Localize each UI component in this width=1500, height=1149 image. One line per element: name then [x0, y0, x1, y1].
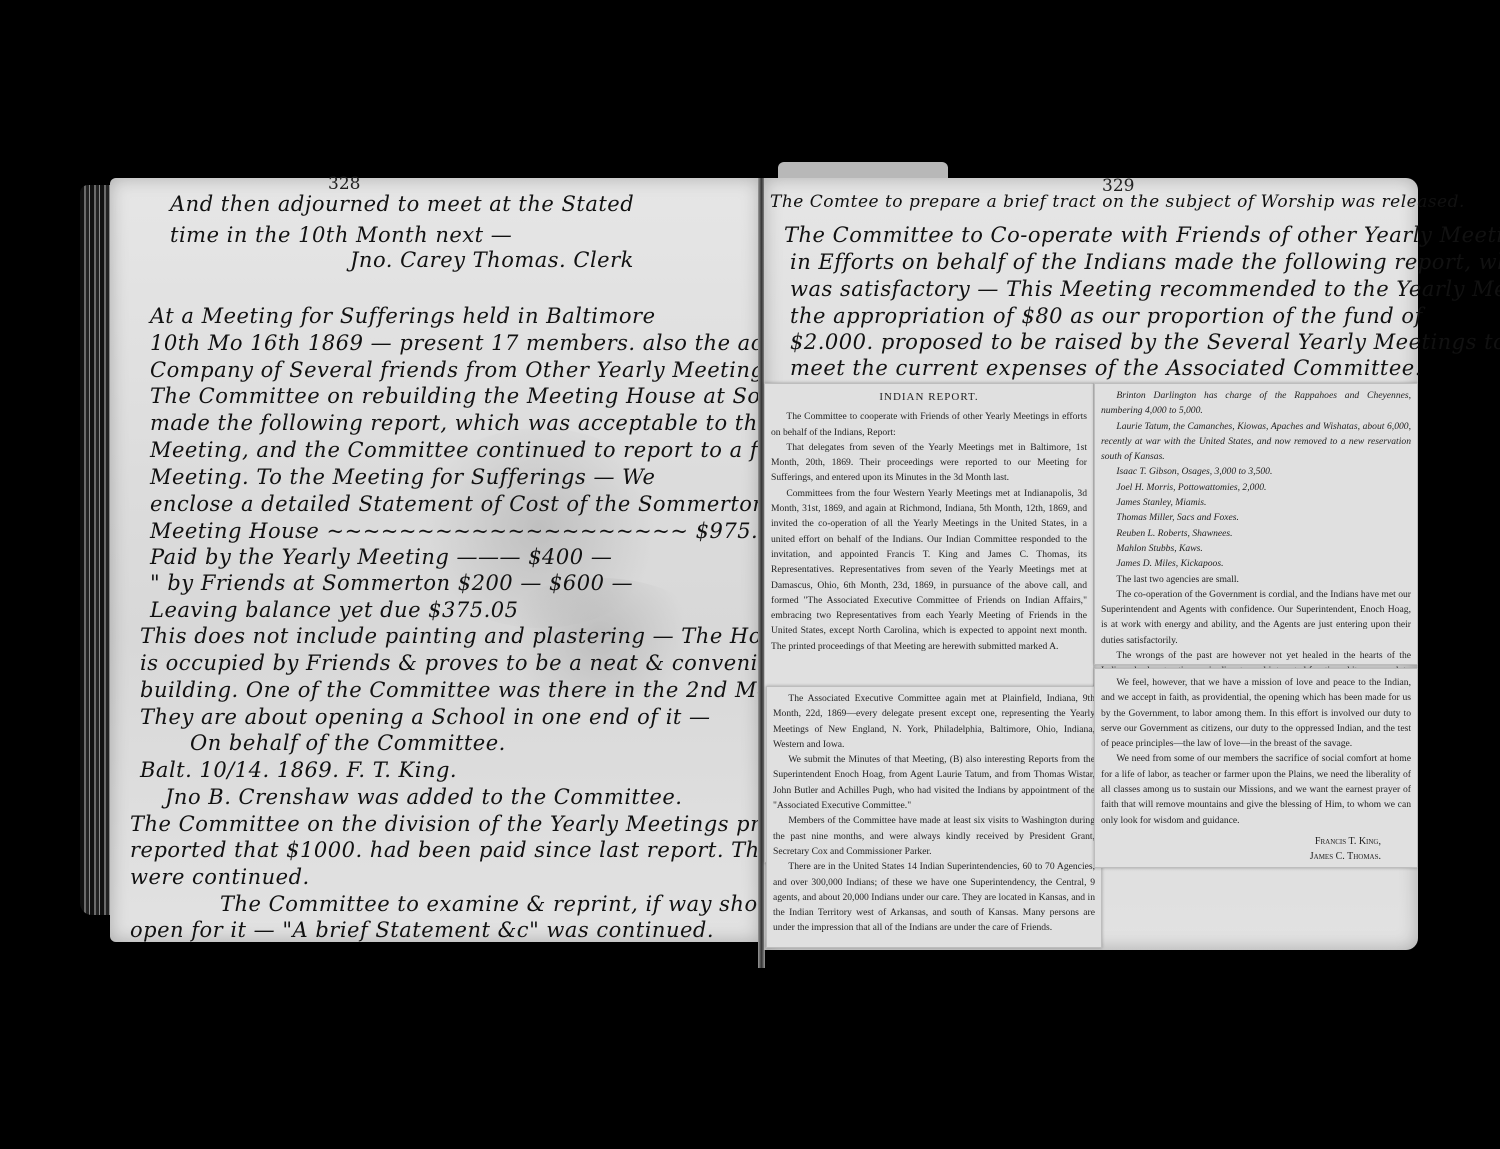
- handwritten-line: This does not include painting and plast…: [140, 624, 800, 648]
- agent-name: Isaac T. Gibson: [1116, 466, 1176, 477]
- handwritten-line: Meeting. To the Meeting for Sufferings —…: [150, 465, 655, 489]
- handwritten-line: were continued.: [130, 865, 310, 889]
- clipping-paragraph: We feel, however, that we have a mission…: [1101, 675, 1411, 751]
- handwritten-line: On behalf of the Committee.: [190, 731, 506, 755]
- handwritten-line: Paid by the Yearly Meeting ——— $400 —: [150, 545, 612, 569]
- handwritten-line: reported that $1000. had been paid since…: [130, 838, 785, 862]
- clipping-paragraph: There are in the United States 14 Indian…: [773, 859, 1095, 935]
- agent-name: James D. Miles: [1116, 558, 1175, 569]
- clipping-paragraph: Members of the Committee have made at le…: [773, 813, 1095, 859]
- clipping-title: INDIAN REPORT.: [771, 390, 1087, 405]
- handwritten-line: Leaving balance yet due $375.05: [150, 598, 519, 622]
- handwritten-line: building. One of the Committee was there…: [140, 678, 814, 702]
- clipping-paragraph: We need from some of our members the sac…: [1101, 751, 1411, 827]
- clipping-paragraph: That delegates from seven of the Yearly …: [771, 440, 1087, 486]
- agent-name: Brinton Darlington: [1116, 390, 1196, 401]
- agent-text: , Pottowattomies, 2,000.: [1173, 482, 1266, 493]
- right-ledger-page: 329 INDIAN REPORT. The Committee to coop…: [764, 178, 1418, 950]
- handwritten-line: enclose a detailed Statement of Cost of …: [150, 492, 766, 516]
- clipping-paragraph: The Committee to cooperate with Friends …: [771, 409, 1087, 440]
- agent-text: , Sacs and Foxes.: [1172, 512, 1239, 523]
- handwritten-line: The Committee on the division of the Yea…: [130, 812, 833, 836]
- clipping-paragraph: We submit the Minutes of that Meeting, (…: [773, 752, 1095, 813]
- handwritten-line: Meeting House ~~~~~~~~~~~~~~~~~~~~ $975.…: [150, 519, 786, 543]
- clipping-paragraph: The co-operation of the Government is co…: [1101, 587, 1411, 648]
- agent-text: , Osages, 3,000 to 3,500.: [1177, 466, 1273, 477]
- handwritten-line: Balt. 10/14. 1869. F. T. King.: [140, 758, 457, 782]
- handwritten-line: Jno. Carey Thomas. Clerk: [350, 248, 634, 272]
- handwritten-line: meet the current expenses of the Associa…: [790, 356, 1422, 380]
- signature: Francis T. King,: [1101, 834, 1411, 849]
- handwritten-line: 10th Mo 16th 1869 — present 17 members. …: [150, 331, 858, 355]
- book-binding-edge: [80, 185, 112, 915]
- handwritten-line: And then adjourned to meet at the Stated: [170, 192, 634, 216]
- clipping-paragraph: The Associated Executive Committee again…: [773, 691, 1095, 752]
- handwritten-line: The Committee to Co-operate with Friends…: [784, 223, 1500, 247]
- handwritten-line: time in the 10th Month next —: [170, 223, 512, 247]
- left-ledger-page: 328 And then adjourned to meet at the St…: [110, 178, 760, 942]
- handwritten-line: open for it — "A brief Statement &c" was…: [130, 918, 714, 942]
- handwritten-line: made the following report, which was acc…: [150, 411, 771, 435]
- agent-name: Laurie Tatum: [1116, 421, 1168, 432]
- newspaper-clipping-mission: We feel, however, that we have a mission…: [1094, 668, 1418, 868]
- handwritten-line: The Comtee to prepare a brief tract on t…: [770, 192, 1465, 212]
- agents-list: Brinton Darlington has charge of the Rap…: [1101, 384, 1411, 572]
- agent-name: Reuben L. Roberts: [1116, 528, 1187, 539]
- page-number: 328: [328, 174, 360, 194]
- handwritten-line: The Committee to examine & reprint, if w…: [220, 892, 793, 916]
- handwritten-line: At a Meeting for Sufferings held in Balt…: [150, 304, 656, 328]
- handwritten-line: was satisfactory — This Meeting recommen…: [790, 277, 1500, 301]
- agent-name: Thomas Miller: [1116, 512, 1172, 523]
- handwritten-line: They are about opening a School in one e…: [140, 705, 711, 729]
- clipping-paragraph: Committees from the four Western Yearly …: [771, 486, 1087, 654]
- handwritten-line: Jno B. Crenshaw was added to the Committ…: [165, 785, 682, 809]
- handwritten-line: Meeting, and the Committee continued to …: [150, 438, 819, 462]
- handwritten-line: Company of Several friends from Other Ye…: [150, 358, 776, 382]
- agent-text: , Miamis.: [1170, 497, 1206, 508]
- agent-text: , Kickapoos.: [1176, 558, 1224, 569]
- agent-text: , Shawnees.: [1188, 528, 1233, 539]
- handwritten-line: The Committee on rebuilding the Meeting …: [150, 384, 861, 408]
- handwritten-line: the appropriation of $80 as our proporti…: [790, 304, 1423, 328]
- handwritten-line: in Efforts on behalf of the Indians made…: [790, 250, 1500, 274]
- agent-text: , Kaws.: [1174, 543, 1203, 554]
- agent-name: Joel H. Morris: [1116, 482, 1173, 493]
- clipping-paragraph: The last two agencies are small.: [1101, 572, 1411, 587]
- handwritten-line: " by Friends at Sommerton $200 — $600 —: [150, 571, 633, 595]
- agent-name: James Stanley: [1116, 497, 1170, 508]
- newspaper-clipping-agents: Brinton Darlington has charge of the Rap…: [1094, 383, 1418, 665]
- handwritten-line: is occupied by Friends & proves to be a …: [140, 651, 794, 675]
- newspaper-clipping-associated-committee: The Associated Executive Committee again…: [766, 686, 1102, 948]
- signature: James C. Thomas.: [1101, 849, 1411, 864]
- agent-name: Mahlon Stubbs: [1116, 543, 1174, 554]
- handwritten-line: $2.000. proposed to be raised by the Sev…: [790, 330, 1500, 354]
